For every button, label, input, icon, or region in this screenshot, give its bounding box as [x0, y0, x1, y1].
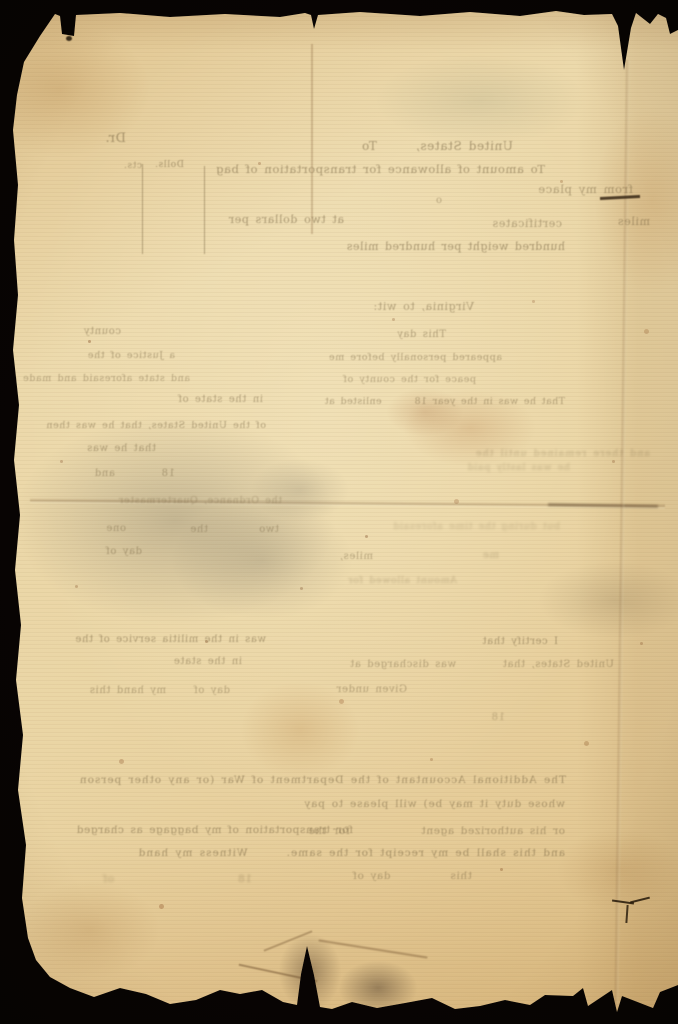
document-page: Dr.cts.Dolls.United States, ToTo amount …	[0, 0, 678, 1024]
showthrough-line: United States, that was discharged at	[384, 660, 614, 670]
showthrough-line: one	[98, 524, 126, 534]
showthrough-line: of the United States, that he was then	[54, 421, 266, 431]
showthrough-line: the Ordnance, Quartermaster	[112, 496, 282, 506]
showthrough-line: but during the time aforesaid	[358, 522, 560, 532]
showthrough-line: Dolls.	[152, 161, 184, 170]
showthrough-line: at two dollars per	[216, 214, 344, 225]
showthrough-line: Given under	[327, 685, 407, 695]
showthrough-line: county	[76, 327, 121, 337]
showthrough-line: me	[467, 551, 499, 561]
foxing-specks	[0, 0, 3, 3]
showthrough-line: in the state	[157, 657, 242, 667]
showthrough-line: of	[92, 874, 114, 885]
showthrough-line: 18 and	[93, 469, 175, 479]
showthrough-line: certificates	[487, 218, 562, 229]
showthrough-line: 18	[227, 874, 252, 885]
showthrough-line: peace for the county of	[374, 375, 476, 385]
showthrough-line: my hand this	[92, 686, 166, 696]
showthrough-line: in the state of	[155, 395, 263, 405]
showthrough-line: for transportation of my baggage as char…	[85, 825, 353, 836]
showthrough-line: a Justice of the	[77, 351, 175, 361]
showthrough-line: The Additional Accountant of the Departm…	[92, 775, 566, 786]
showthrough-line: This day	[388, 330, 446, 340]
showthrough-layer: Dr.cts.Dolls.United States, ToTo amount …	[0, 0, 678, 1024]
showthrough-line: That he was in the year 18 enlisted at	[330, 397, 565, 407]
showthrough-line: cts.	[120, 162, 142, 171]
showthrough-line: o	[428, 196, 442, 206]
showthrough-line: the	[183, 525, 208, 535]
showthrough-line: and state aforesaid and made oath,	[60, 374, 190, 384]
showthrough-line: from my place	[543, 184, 633, 196]
showthrough-line: Amount allowed for	[337, 576, 457, 586]
showthrough-line: day of	[97, 547, 142, 557]
showthrough-line: miles,	[329, 552, 373, 562]
showthrough-line: two	[251, 525, 279, 535]
showthrough-line: this day of	[374, 871, 472, 882]
showthrough-line: he was lastly paid	[418, 463, 570, 473]
showthrough-line: day of	[187, 686, 230, 696]
showthrough-line: miles	[612, 216, 650, 227]
showthrough-line: 18	[480, 713, 505, 723]
showthrough-line: hundred weight per hundred miles	[347, 241, 565, 252]
showthrough-line: I certify that	[473, 637, 558, 647]
showthrough-column-rule	[142, 164, 143, 254]
showthrough-line: United States, To	[413, 140, 513, 152]
showthrough-line: Dr.	[100, 132, 126, 145]
scan-background: Dr.cts.Dolls.United States, ToTo amount …	[0, 0, 678, 1024]
showthrough-line: whose duty it may be) will please to pay	[277, 799, 565, 810]
showthrough-column-rule	[204, 166, 205, 254]
showthrough-line: that he was	[90, 444, 156, 454]
showthrough-line: or his authorized agent for the	[332, 826, 565, 837]
showthrough-line: To amount of allowance for transportatio…	[262, 164, 545, 176]
showthrough-line: and there remained until the	[380, 449, 650, 459]
showthrough-line: was in the militia service of the	[92, 635, 266, 645]
showthrough-line: and this shall be my receipt for the sam…	[55, 848, 565, 859]
showthrough-line: Virginia, to wit:	[366, 301, 474, 312]
showthrough-line: appeared personally before me	[352, 353, 502, 363]
